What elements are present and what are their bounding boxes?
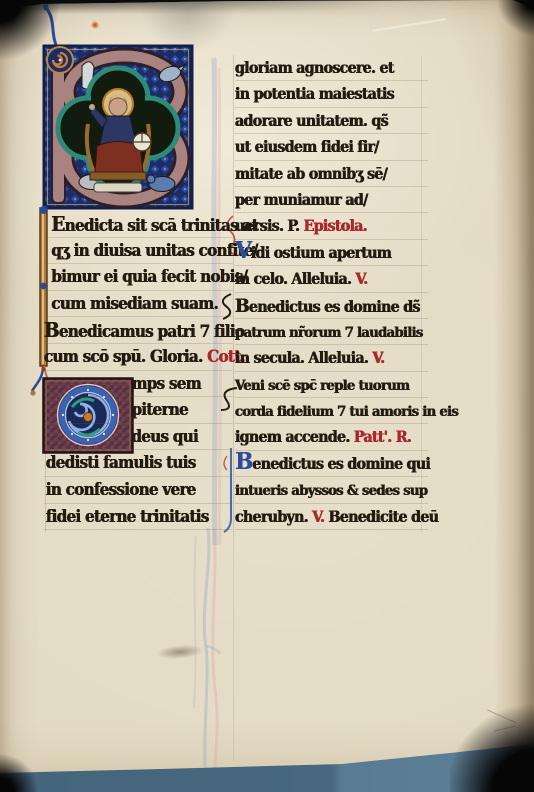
spiral-medallion xyxy=(47,47,73,73)
manuscript-text: in secula. Alleluia. xyxy=(235,348,372,367)
manuscript-text: piterne xyxy=(131,400,188,419)
manuscript-text: enedicamus patri 7 filio xyxy=(59,322,244,341)
manuscript-text-line: cum misediam suam. xyxy=(44,291,233,318)
manuscript-text-line: Benedictus es domine qui xyxy=(235,451,428,477)
right-text-column: gloriam agnoscere. etin potentia maiesta… xyxy=(235,55,428,530)
manuscript-text-line: ignem accende. Patt'. R. xyxy=(235,424,428,450)
manuscript-text-line: cherubyn. V. Benedicite deū xyxy=(235,504,428,530)
rubric-text: Patt'. R. xyxy=(354,427,411,446)
manuscript-text: cum scō spū. Gloria. xyxy=(44,347,207,366)
manuscript-text-line: gloriam agnoscere. et xyxy=(235,55,428,81)
manuscript-text-line: Veni scē spc̄ reple tuorum xyxy=(235,372,428,398)
manuscript-text: in potentia maiestatis xyxy=(235,84,394,103)
manuscript-text: gloriam agnoscere. et xyxy=(235,58,394,77)
manuscript-text-line: in celo. Alleluia. V. xyxy=(235,266,428,292)
scratch-mark xyxy=(372,18,445,32)
manuscript-text: cherubyn. xyxy=(235,507,312,526)
manuscript-text: enedictus es domine qui xyxy=(252,454,430,473)
manuscript-text-line: mps sem xyxy=(44,371,233,398)
manuscript-text-line: fidei eterne trinitatis xyxy=(44,504,233,531)
manuscript-text-line: Enedicta sit scā trinitas at xyxy=(44,211,233,238)
manuscript-text-line: patrum nr̃orum 7 laudabilis xyxy=(235,319,428,345)
manuscript-text: deus qui xyxy=(131,427,198,446)
manuscript-text: patrum nr̃orum 7 laudabilis xyxy=(235,324,423,341)
rubric-text: V. xyxy=(372,348,384,367)
manuscript-text-line: corda fidelium 7 tui amoris in eis xyxy=(235,398,428,424)
manuscript-text-line: cum scō spū. Gloria. Cott. xyxy=(44,344,233,371)
manuscript-text-line: in potentia maiestatis xyxy=(235,81,428,107)
manuscript-text: mps sem xyxy=(131,374,201,393)
show-through-stains xyxy=(182,528,238,786)
manuscript-text: ut eiusdem fidei fir/ xyxy=(235,137,379,156)
manuscript-text-line: Vidi ostium apertum xyxy=(235,240,428,266)
head xyxy=(109,98,127,116)
penwork-flourish xyxy=(44,5,58,50)
manuscript-text: V xyxy=(235,377,243,394)
manuscript-text: B xyxy=(235,295,249,317)
manuscript-text: mitate ab omnibʒ sē/ xyxy=(235,164,387,183)
manuscript-text-line: uersis. P. Epistola. xyxy=(235,213,428,239)
manuscript-text: V xyxy=(235,237,251,264)
manuscript-text-line: intueris abyssos & sedes sup xyxy=(235,477,428,503)
manuscript-text: corda fidelium 7 tui amoris in eis xyxy=(235,403,458,420)
left-text-column: Enedicta sit scā trinitas atqʒ in diuisa… xyxy=(44,211,233,530)
manuscript-text-line: adorare unitatem. qs̃ xyxy=(235,108,428,134)
manuscript-text: in confessione vere xyxy=(46,480,196,499)
manuscript-text: idi ostium apertum xyxy=(251,243,391,262)
manuscript-text: adorare unitatem. qs̃ xyxy=(235,111,388,130)
manuscript-text-line: mitate ab omnibʒ sē/ xyxy=(235,161,428,187)
manuscript-text-line: per muniamur ad/ xyxy=(235,187,428,213)
manuscript-text: B xyxy=(44,318,59,342)
manuscript-text: in celo. Alleluia. xyxy=(235,269,355,288)
page-photo: Enedicta sit scā trinitas atqʒ in diuisa… xyxy=(0,0,534,792)
footrest xyxy=(94,183,142,192)
manuscript-text-line: ut eiusdem fidei fir/ xyxy=(235,134,428,160)
manuscript-text-line: in confessione vere xyxy=(44,477,233,504)
manuscript-text: enedictus es domine ds̃ xyxy=(249,297,420,316)
manuscript-text: intueris abyssos & sedes sup xyxy=(235,482,427,499)
manuscript-text: cum misediam suam. xyxy=(51,294,218,313)
manuscript-text-line: bimur ei quia fecit nobis/ xyxy=(44,264,233,291)
right-edge-shadow xyxy=(494,0,534,792)
manuscript-text-line: dedisti famulis tuis xyxy=(44,450,233,477)
manuscript-text: ignem accende. xyxy=(235,427,354,446)
manuscript-text: E xyxy=(51,212,64,236)
parchment-leaf: Enedicta sit scā trinitas atqʒ in diuisa… xyxy=(0,0,534,792)
manuscript-text: eni scē spc̄ reple tuorum xyxy=(243,377,409,394)
manuscript-text-line: Benedictus es domine ds̃ xyxy=(235,293,428,319)
manuscript-text: qʒ in diuisa unitas confite/ xyxy=(51,241,257,260)
manuscript-text-line: qʒ in diuisa unitas confite/ xyxy=(44,238,233,265)
manuscript-text: bimur ei quia fecit nobis/ xyxy=(51,267,247,286)
manuscript-text-line: deus qui xyxy=(44,424,233,451)
manuscript-text-line: piterne xyxy=(44,397,233,424)
manuscript-text: Benedicite deū xyxy=(329,507,439,526)
manuscript-text-line: Benedicamus patri 7 filio xyxy=(44,317,233,344)
manuscript-text: uersis. P. xyxy=(235,216,304,235)
rubric-text: V. xyxy=(355,269,367,288)
manuscript-text: per muniamur ad/ xyxy=(235,190,368,209)
bench xyxy=(90,172,146,180)
manuscript-text: nedicta sit scā trinitas at xyxy=(65,216,258,235)
rubric-text: V. xyxy=(312,507,328,526)
illuminated-initial-b xyxy=(30,4,194,210)
manuscript-text: fidei eterne trinitatis xyxy=(46,507,209,526)
rubric-text: Epistola. xyxy=(304,216,367,235)
manuscript-text-line: in secula. Alleluia. V. xyxy=(235,345,428,371)
manuscript-text: dedisti famulis tuis xyxy=(46,453,196,472)
manuscript-text: B xyxy=(235,448,252,475)
